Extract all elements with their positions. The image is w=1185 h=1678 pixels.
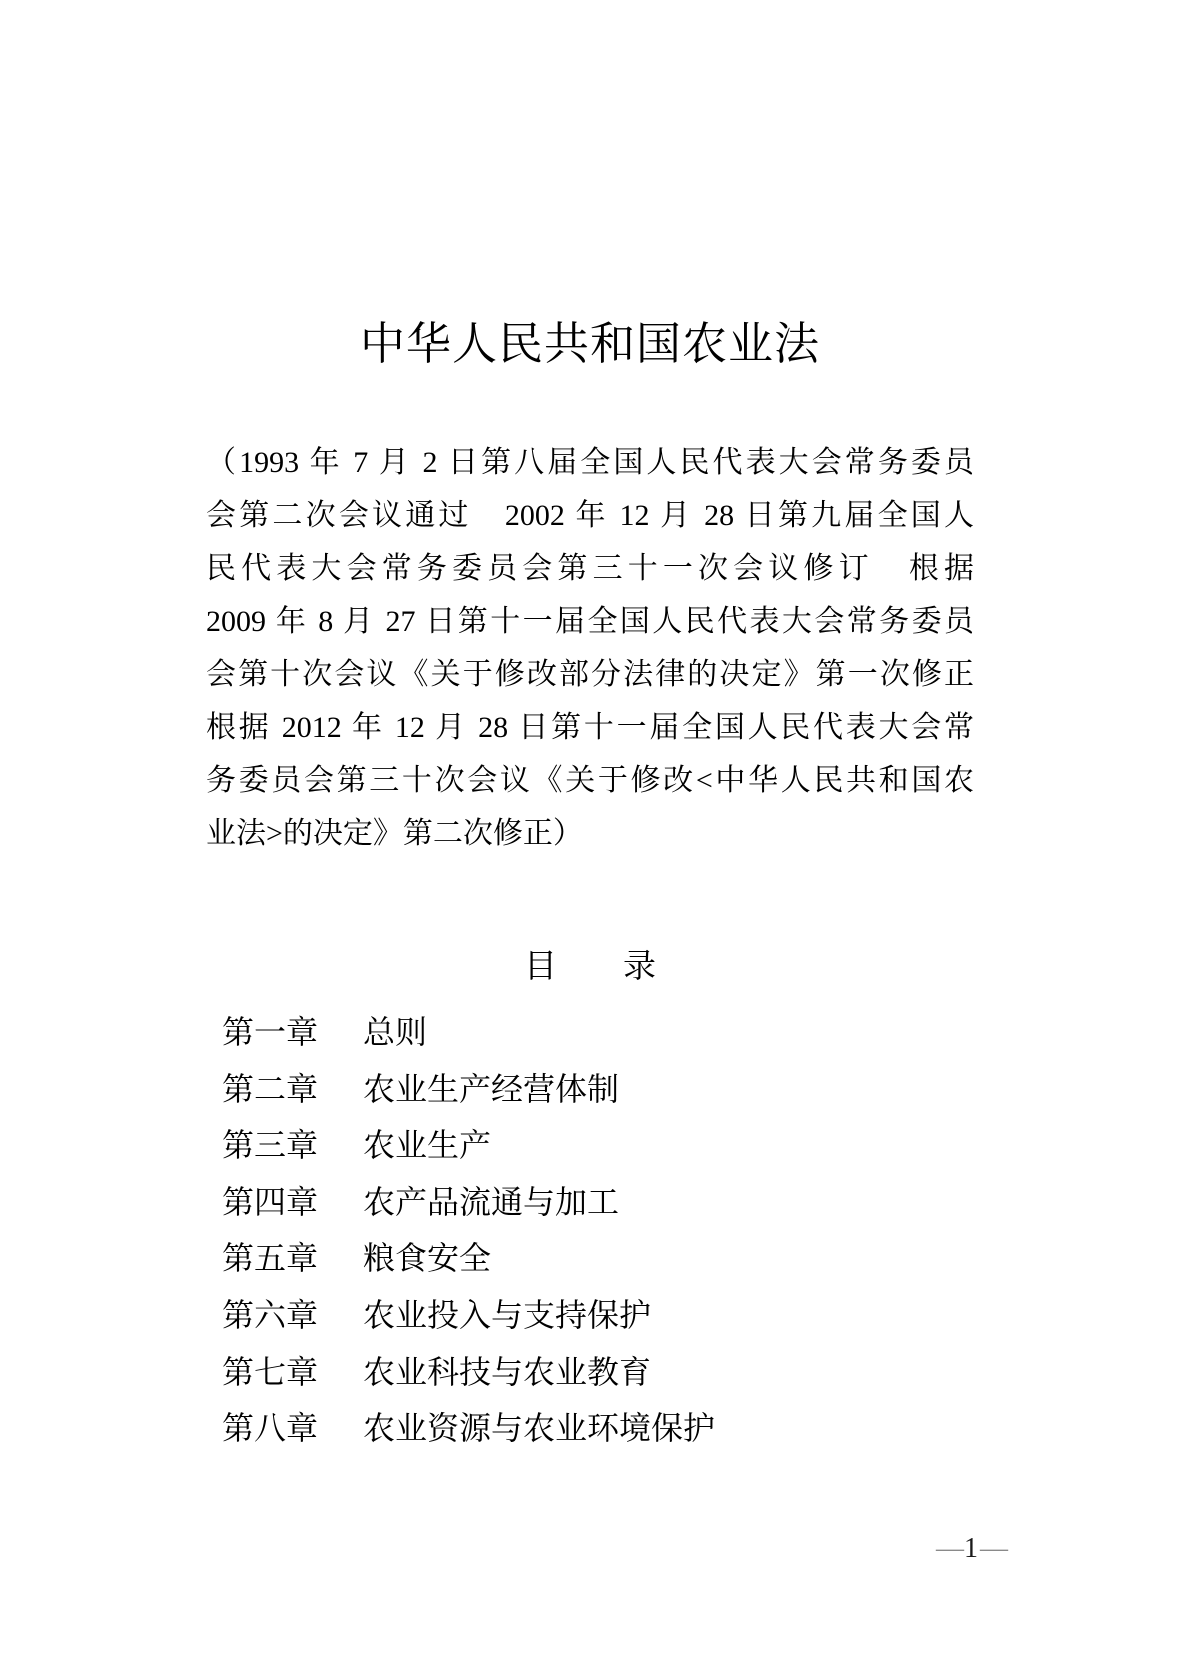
toc-item-chapter-4: 第四章 农产品流通与加工	[222, 1174, 715, 1231]
chapter-title: 农业资源与农业环境保护	[363, 1400, 715, 1457]
toc-item-chapter-5: 第五章 粮食安全	[222, 1230, 715, 1287]
chapter-number: 第三章	[222, 1117, 318, 1174]
chapter-number: 第二章	[222, 1061, 318, 1118]
chapter-number: 第七章	[222, 1344, 318, 1401]
toc-item-chapter-7: 第七章 农业科技与农业教育	[222, 1344, 715, 1401]
chapter-title: 农业生产经营体制	[363, 1061, 619, 1118]
chapter-title: 农业投入与支持保护	[363, 1287, 651, 1344]
preamble-line-last: 业法>的决定》第二次修正）	[206, 807, 974, 860]
chapter-number: 第四章	[222, 1174, 318, 1231]
chapter-title: 农产品流通与加工	[363, 1174, 619, 1231]
toc-item-chapter-1: 第一章 总则	[222, 1004, 715, 1061]
preamble-line: 根据 2012 年 12 月 28 日第十一届全国人民代表大会常	[206, 701, 974, 754]
document-page: 中华人民共和国农业法 （1993 年 7 月 2 日第八届全国人民代表大会常务委…	[0, 0, 1185, 1678]
page-number-dash-right: —	[980, 1533, 1006, 1564]
toc-item-chapter-2: 第二章 农业生产经营体制	[222, 1061, 715, 1118]
toc-item-chapter-8: 第八章 农业资源与农业环境保护	[222, 1400, 715, 1457]
toc-list: 第一章 总则 第二章 农业生产经营体制 第三章 农业生产 第四章 农产品流通与加…	[222, 1004, 715, 1457]
preamble-line: 务委员会第三十次会议《关于修改<中华人民共和国农	[206, 754, 974, 807]
page-number-value: 1	[962, 1533, 980, 1564]
chapter-title: 总则	[363, 1004, 427, 1061]
preamble-line: （1993 年 7 月 2 日第八届全国人民代表大会常务委员	[206, 436, 974, 489]
chapter-title: 农业科技与农业教育	[363, 1344, 651, 1401]
chapter-title: 粮食安全	[363, 1230, 491, 1287]
chapter-title: 农业生产	[363, 1117, 491, 1174]
preamble-line: 2009 年 8 月 27 日第十一届全国人民代表大会常务委员	[206, 595, 974, 648]
chapter-number: 第五章	[222, 1230, 318, 1287]
toc-item-chapter-6: 第六章 农业投入与支持保护	[222, 1287, 715, 1344]
preamble-line: 会第十次会议《关于修改部分法律的决定》第一次修正	[206, 648, 974, 701]
page-number-dash-left: —	[936, 1533, 962, 1564]
chapter-number: 第六章	[222, 1287, 318, 1344]
chapter-number: 第一章	[222, 1004, 318, 1061]
preamble-line: 会第二次会议通过 2002 年 12 月 28 日第九届全国人	[206, 489, 974, 542]
toc-item-chapter-3: 第三章 农业生产	[222, 1117, 715, 1174]
page-number: —1—	[936, 1532, 1006, 1566]
preamble: （1993 年 7 月 2 日第八届全国人民代表大会常务委员 会第二次会议通过 …	[206, 436, 974, 860]
document-title: 中华人民共和国农业法	[206, 318, 974, 370]
preamble-line: 民代表大会常务委员会第三十一次会议修订 根据	[206, 542, 974, 595]
chapter-number: 第八章	[222, 1400, 318, 1457]
toc-heading: 目 录	[206, 947, 974, 987]
